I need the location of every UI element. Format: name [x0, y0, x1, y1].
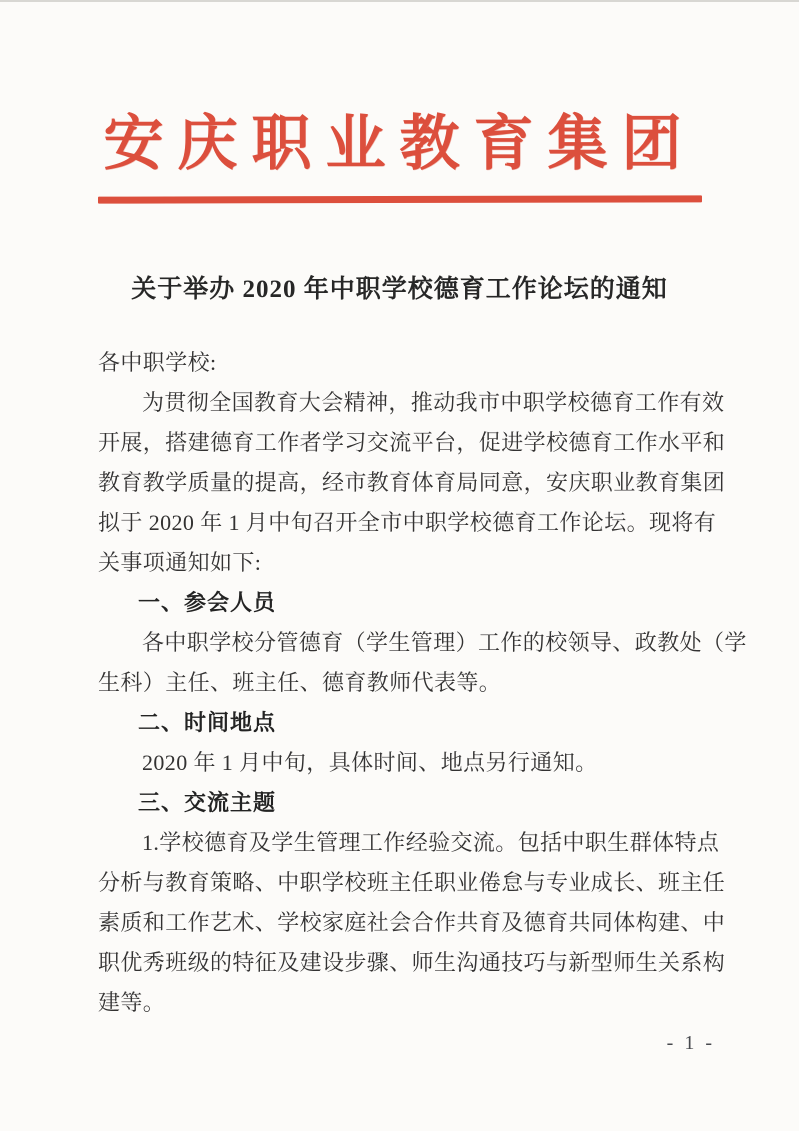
page-number: - 1 - — [667, 1030, 715, 1056]
body-line: 职优秀班级的特征及建设步骤、师生沟通技巧与新型师生关系构 — [98, 943, 719, 983]
body-line: 关事项通知如下: — [98, 543, 719, 583]
body-line: 建等。 — [98, 983, 719, 1023]
section-heading-attendees: 一、参会人员 — [98, 583, 719, 623]
body-line: 素质和工作艺术、学校家庭社会合作共育及德育共同体构建、中 — [98, 903, 719, 943]
section-heading-topics: 三、交流主题 — [98, 783, 719, 823]
scanned-notice-page: 安庆职业教育集团 关于举办 2020 年中职学校德育工作论坛的通知 各中职学校:… — [0, 0, 799, 1131]
body-line: 生科）主任、班主任、德育教师代表等。 — [98, 663, 719, 703]
document-title: 关于举办 2020 年中职学校德育工作论坛的通知 — [60, 273, 739, 307]
body-line: 2020 年 1 月中旬，具体时间、地点另行通知。 — [98, 743, 719, 783]
body-line: 为贯彻全国教育大会精神，推动我市中职学校德育工作有效 — [98, 383, 719, 423]
letterhead-title: 安庆职业教育集团 — [40, 104, 759, 185]
body-line: 各中职学校分管德育（学生管理）工作的校领导、政教处（学 — [98, 623, 719, 663]
scan-edge-artifact — [0, 0, 799, 2]
body-line: 分析与教育策略、中职学校班主任职业倦怠与专业成长、班主任 — [98, 863, 719, 903]
section-heading-time-place: 二、时间地点 — [98, 703, 719, 743]
body-line: 1.学校德育及学生管理工作经验交流。包括中职生群体特点 — [98, 823, 719, 863]
body-line: 开展，搭建德育工作者学习交流平台，促进学校德育工作水平和 — [98, 423, 719, 463]
letterhead-rule — [98, 195, 702, 203]
document-body: 各中职学校: 为贯彻全国教育大会精神，推动我市中职学校德育工作有效 开展，搭建德… — [98, 343, 719, 1023]
salutation-line: 各中职学校: — [98, 343, 719, 383]
body-line: 教育教学质量的提高，经市教育体育局同意，安庆职业教育集团 — [98, 463, 719, 503]
body-line: 拟于 2020 年 1 月中旬召开全市中职学校德育工作论坛。现将有 — [98, 503, 719, 543]
